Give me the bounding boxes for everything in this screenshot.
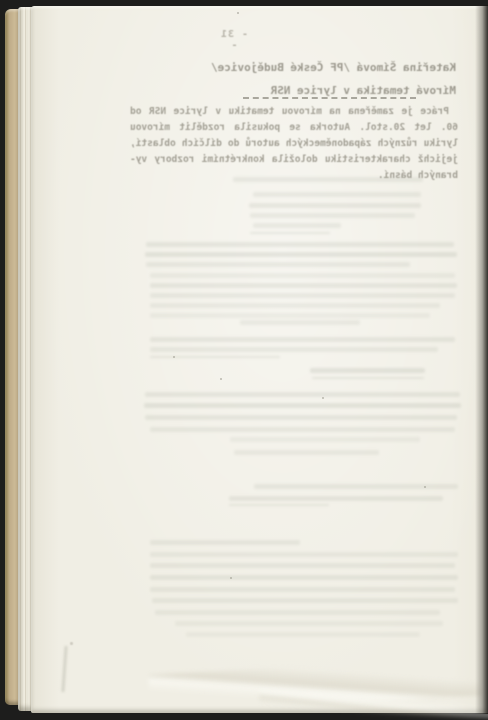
page-edge-stack: [18, 7, 32, 711]
book-photo: - 31 - Kateřina Šímová /PF České Budějov…: [0, 0, 488, 720]
ghost-text-line: [150, 540, 300, 545]
header-block: Kateřina Šímová /PF České Budějovice/ Mí…: [203, 56, 456, 102]
page-number: - 31 -: [214, 29, 254, 43]
pencil-dot: [70, 642, 73, 645]
ghost-text-line: [150, 552, 458, 557]
ghost-text-line: [233, 177, 423, 182]
ghost-text-line: [250, 213, 415, 218]
ghost-text-line: [253, 223, 341, 228]
title-underline: [243, 97, 416, 99]
author-line: Kateřina Šímová /PF České Budějovice/: [203, 56, 456, 79]
ghost-text-line: [144, 403, 461, 408]
ghost-text-line: [310, 368, 425, 373]
ghost-text-line: [145, 252, 457, 257]
abstract-line: 60. let 20.stol. Autorka se pokusila roz…: [130, 120, 458, 136]
ghost-text-line: [146, 262, 410, 267]
abstract-line: jejichž charakteristiku doložila konkrét…: [130, 152, 458, 168]
ghost-text-line: [150, 427, 455, 432]
ghost-text-line: [150, 303, 440, 308]
ghost-text-line: [150, 293, 455, 298]
paper-speck: [220, 378, 222, 380]
ghost-text-line: [250, 232, 330, 234]
ghost-text-line: [229, 504, 329, 506]
gutter-shadow: [475, 5, 488, 714]
ghost-text-line: [150, 563, 455, 568]
ghost-text-line: [312, 377, 424, 379]
ghost-text-line: [249, 203, 421, 208]
ghost-text-line: [186, 632, 420, 637]
paper-speck: [322, 397, 324, 399]
ghost-text-line: [240, 320, 360, 325]
ghost-text-line: [254, 484, 458, 489]
paper-speck: [173, 356, 175, 358]
ghost-text-line: [152, 598, 458, 603]
abstract-line: Práce je zaměřena na mírovou tematiku v …: [130, 104, 458, 120]
ghost-text-line: [150, 313, 430, 318]
ghost-text-line: [234, 450, 379, 455]
ghost-text-line: [150, 587, 455, 592]
ghost-text-line: [145, 392, 460, 397]
ghost-text-line: [175, 621, 443, 626]
ghost-text-line: [150, 273, 455, 278]
abstract-block: Práce je zaměřena na mírovou tematiku v …: [130, 104, 458, 184]
ghost-text-line: [145, 415, 457, 420]
paper-speck: [424, 486, 426, 488]
ghost-text-line: [150, 347, 438, 352]
ghost-text-line: [150, 337, 455, 342]
paper-speck: [230, 577, 232, 579]
ghost-text-line: [155, 610, 440, 615]
abstract-line: lyriku různých západoněmeckých autorů do…: [130, 136, 458, 152]
ghost-text-line: [229, 496, 443, 501]
ghost-text-line: [150, 283, 457, 288]
pencil-smudge: [61, 646, 67, 692]
ghost-text-line: [230, 437, 420, 442]
ghost-text-line: [253, 192, 421, 197]
paper-speck: [237, 12, 239, 14]
ghost-text-line: [146, 242, 454, 247]
ghost-text-line: [150, 356, 280, 358]
scanned-page: - 31 - Kateřina Šímová /PF České Budějov…: [31, 6, 488, 713]
ghost-text-line: [150, 575, 458, 580]
